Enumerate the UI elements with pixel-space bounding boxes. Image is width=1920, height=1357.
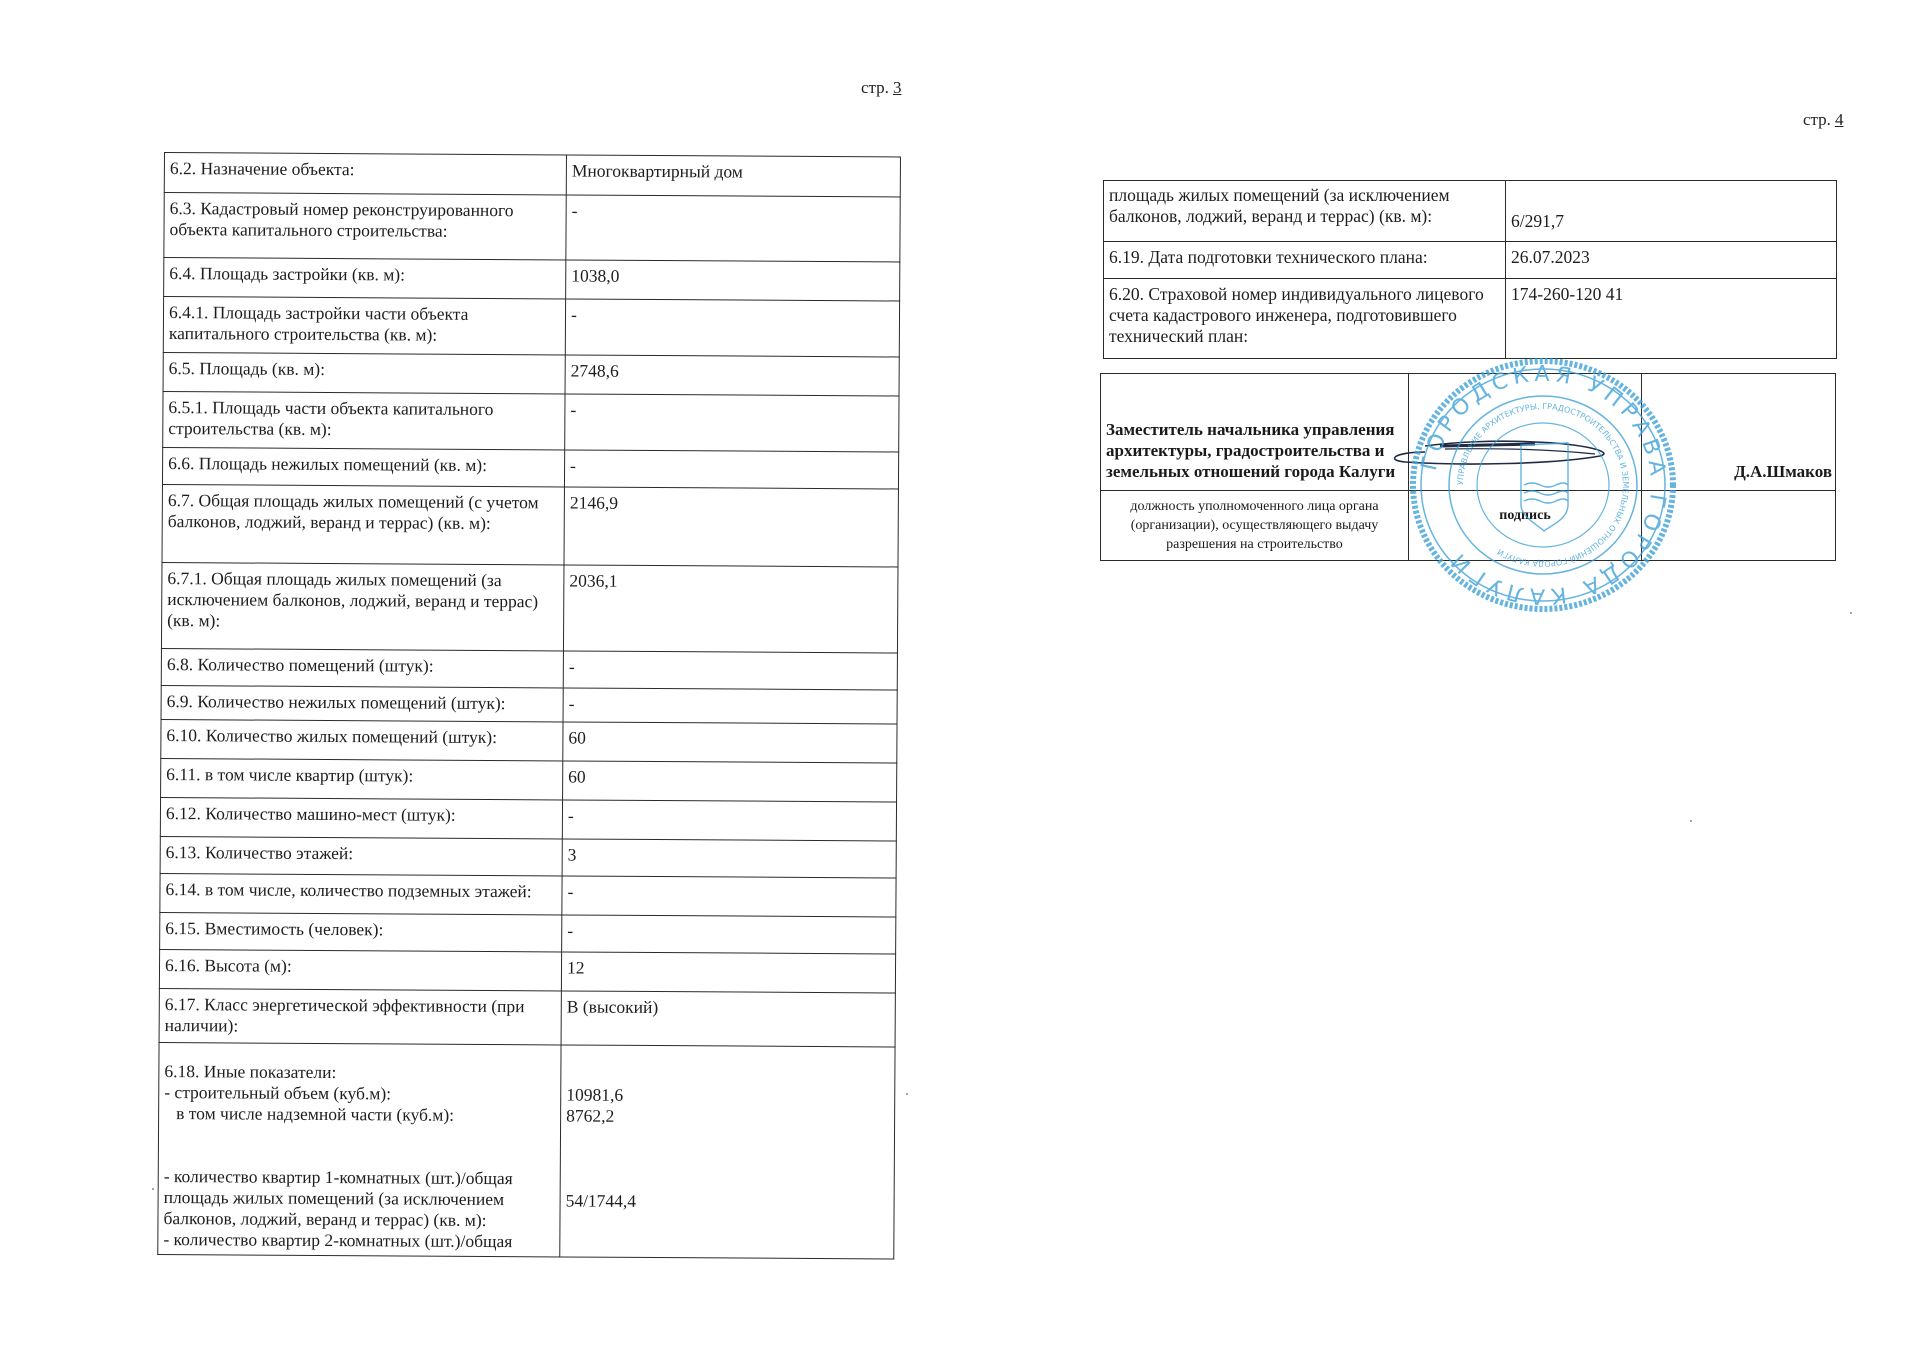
table-row: 6.2. Назначение объекта:Многоквартирный … (164, 153, 900, 197)
row-label: 6.4.1. Площадь застройки части объекта к… (163, 297, 565, 355)
row-value: Многоквартирный дом (566, 155, 900, 197)
row-value: - (566, 195, 900, 262)
row-label: площадь жилых помещений (за исключением … (1104, 181, 1506, 242)
table-row: 6.5. Площадь (кв. м):2748,6 (163, 352, 899, 395)
volume-value: 10981,6 (566, 1084, 890, 1107)
table-row: 6.17. Класс энергетической эффективности… (159, 988, 895, 1046)
row-label: 6.15. Вместимость (человек): (160, 912, 562, 951)
table-row: 6.20. Страховой номер индивидуального ли… (1104, 279, 1837, 359)
row-value: 6/291,7 (1506, 181, 1837, 242)
table-row: 6.4. Площадь застройки (кв. м):1038,0 (164, 258, 900, 301)
row-label: 6.4. Площадь застройки (кв. м): (164, 258, 566, 299)
empty-cell (1642, 491, 1836, 561)
row-value: - (565, 299, 899, 357)
table-row: 6.9. Количество нежилых помещений (штук)… (161, 685, 897, 723)
row-value: - (562, 800, 896, 841)
row-label: 6.8. Количество помещений (штук): (161, 648, 563, 687)
row-label: 6.9. Количество нежилых помещений (штук)… (161, 685, 563, 721)
page-number-value: 3 (893, 78, 902, 97)
row-value: - (564, 450, 898, 489)
page-label: стр. (1803, 110, 1831, 129)
table-row: 6.6. Площадь нежилых помещений (кв. м):- (162, 447, 898, 488)
table-row: 6.14. в том числе, количество подземных … (160, 873, 896, 916)
page-number-3: стр.3 (861, 78, 901, 98)
row-value: - (562, 876, 896, 917)
signature-caption: подпись (1409, 491, 1642, 561)
row-value: 174-260-120 41 (1506, 279, 1837, 359)
table-row: площадь жилых помещений (за исключением … (1104, 181, 1837, 242)
table-row: 6.13. Количество этажей:3 (160, 836, 896, 877)
row-value: 60 (563, 761, 897, 802)
row-value: 12 (561, 952, 895, 993)
row-label: 6.17. Класс энергетической эффективности… (159, 988, 561, 1044)
table-row: 6.15. Вместимость (человек):- (160, 912, 896, 953)
table-row: 6.16. Высота (м):12 (159, 949, 895, 992)
row-value: В (высокий) (561, 991, 895, 1047)
page-label: стр. (861, 78, 889, 97)
row-value: 3 (562, 839, 896, 878)
position-caption: должность уполномоченного лица органа (о… (1101, 491, 1409, 561)
row-value: - (563, 688, 897, 724)
scan-speck (906, 1093, 908, 1095)
row-label: 6.5. Площадь (кв. м): (163, 352, 565, 393)
row-value: - (563, 651, 897, 690)
table-row: 6.5.1. Площадь части объекта капитальног… (163, 391, 899, 451)
row-value: - (562, 915, 896, 954)
row-label: 6.14. в том числе, количество подземных … (160, 873, 562, 914)
row-label: 6.19. Дата подготовки технического плана… (1104, 242, 1506, 279)
signature-block: Заместитель начальника управления архите… (1100, 373, 1836, 561)
table-row: 6.8. Количество помещений (штук):- (161, 648, 897, 689)
row-value: 2146,9 (564, 487, 898, 567)
table-row: 6.11. в том числе квартир (штук):60 (161, 758, 897, 801)
object-characteristics-table: 6.2. Назначение объекта:Многоквартирный … (157, 152, 901, 1259)
row-value: 26.07.2023 (1506, 242, 1837, 279)
official-name: Д.А.Шмаков (1642, 374, 1836, 491)
above-ground-label: в том числе надземной части (куб.м): (164, 1103, 556, 1126)
row-label: 6.5.1. Площадь части объекта капитальног… (163, 391, 565, 449)
row-label: 6.16. Высота (м): (159, 949, 561, 990)
row-label: 6.7. Общая площадь жилых помещений (с уч… (162, 484, 564, 564)
page-number-4: стр.4 (1803, 110, 1843, 130)
two-room-label: - количество квартир 2-комнатных (шт.)/о… (163, 1229, 555, 1252)
signature-cell (1409, 374, 1642, 491)
above-ground-value: 8762,2 (566, 1105, 890, 1128)
row-value: 2748,6 (565, 355, 899, 396)
one-room-label: - количество квартир 1-комнатных (шт.)/о… (163, 1166, 555, 1231)
table-row: 6.10. Количество жилых помещений (штук):… (161, 719, 897, 762)
table-row: 6.7. Общая площадь жилых помещений (с уч… (162, 484, 898, 566)
row-label: 6.12. Количество машино-мест (штук): (160, 797, 562, 838)
row-label: 6.6. Площадь нежилых помещений (кв. м): (162, 447, 564, 486)
table-row: 6.19. Дата подготовки технического плана… (1104, 242, 1837, 279)
row-value: 2036,1 (563, 565, 898, 653)
official-position: Заместитель начальника управления архите… (1101, 374, 1409, 491)
table-row: 6.4.1. Площадь застройки части объекта к… (163, 297, 899, 357)
continuation-table: площадь жилых помещений (за исключением … (1103, 180, 1837, 359)
row-label: 6.10. Количество жилых помещений (штук): (161, 719, 563, 760)
row-label: 6.7.1. Общая площадь жилых помещений (за… (161, 562, 564, 650)
table-row: 6.12. Количество машино-мест (штук):- (160, 797, 896, 840)
page-number-value: 4 (1835, 110, 1844, 129)
row-label: 6.11. в том числе квартир (штук): (161, 758, 563, 799)
table-row: 6.7.1. Общая площадь жилых помещений (за… (161, 562, 898, 652)
scan-speck (152, 1188, 154, 1190)
row-label: 6.3. Кадастровый номер реконструированно… (164, 193, 566, 260)
volume-label: - строительный объем (куб.м): (164, 1082, 556, 1105)
scan-speck (1690, 820, 1692, 822)
table-row-other-indicators: 6.18. Иные показатели:- строительный объ… (158, 1042, 895, 1258)
other-indicators-values: 10981,68762,254/1744,4 (560, 1045, 895, 1259)
other-indicators-labels: 6.18. Иные показатели:- строительный объ… (158, 1042, 561, 1256)
table-row: 6.3. Кадастровый номер реконструированно… (164, 193, 900, 262)
row-label: 6.13. Количество этажей: (160, 836, 562, 875)
row-label: 6.2. Назначение объекта: (164, 153, 566, 195)
other-indicators-title: 6.18. Иные показатели: (164, 1061, 556, 1084)
row-value: - (565, 394, 899, 452)
row-value: 60 (563, 722, 897, 763)
row-value: 1038,0 (566, 260, 900, 301)
scan-speck (1850, 612, 1852, 614)
one-room-value: 54/1744,4 (566, 1190, 890, 1213)
row-label: 6.20. Страховой номер индивидуального ли… (1104, 279, 1506, 359)
